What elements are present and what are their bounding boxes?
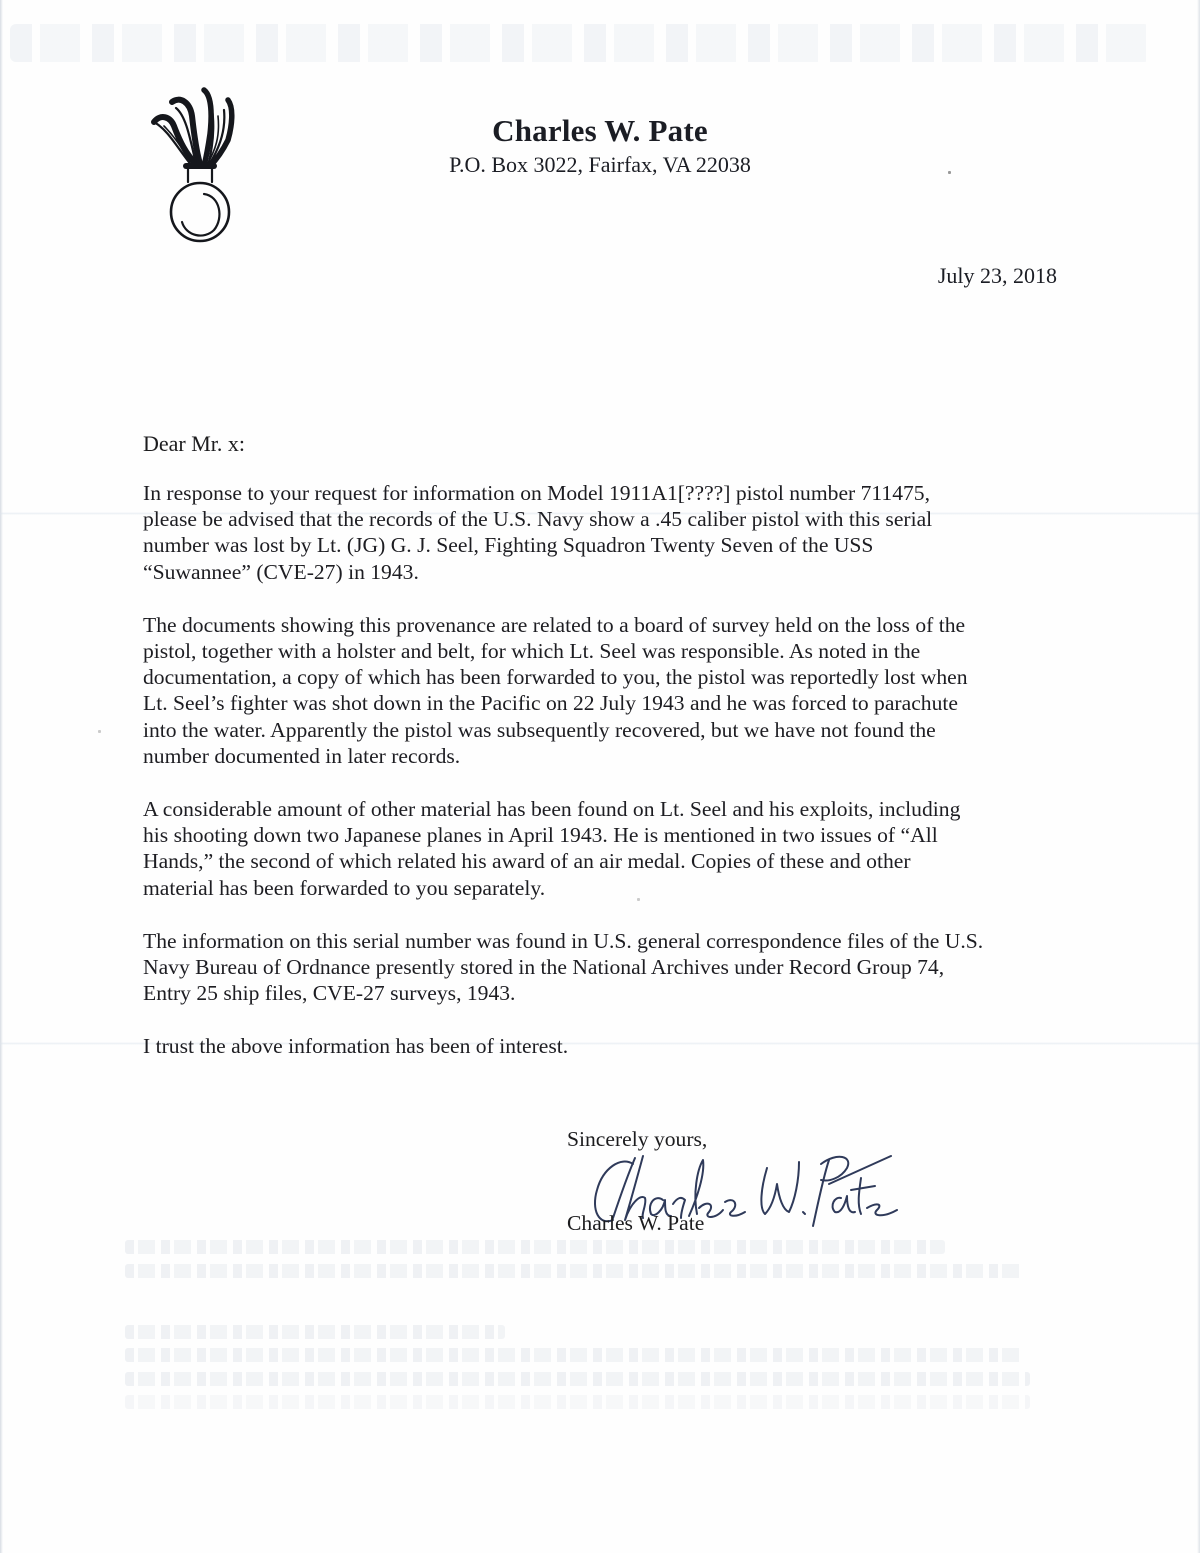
- letter-page: Charles W. Pate P.O. Box 3022, Fairfax, …: [0, 0, 1200, 1553]
- scan-speck: [98, 730, 101, 733]
- bleed-through-artifact: [125, 1372, 1030, 1386]
- printed-signer-name: Charles W. Pate: [567, 1210, 704, 1236]
- paragraph-additional-material: A considerable amount of other material …: [143, 796, 1063, 901]
- bleed-through-artifact: [125, 1264, 1025, 1278]
- letter-date: July 23, 2018: [938, 262, 1057, 290]
- salutation: Dear Mr. x:: [143, 430, 245, 458]
- bleed-through-artifact: [125, 1240, 945, 1254]
- letter-body: In response to your request for informat…: [143, 480, 1063, 1087]
- scan-speck: [948, 171, 951, 174]
- flaming-bomb-ordnance-icon: [146, 86, 252, 244]
- bleed-through-artifact: [10, 24, 1150, 62]
- paragraph-board-of-survey: The documents showing this provenance ar…: [143, 612, 1063, 769]
- letterhead: Charles W. Pate P.O. Box 3022, Fairfax, …: [400, 112, 800, 179]
- sender-name: Charles W. Pate: [400, 112, 800, 150]
- sender-address: P.O. Box 3022, Fairfax, VA 22038: [400, 151, 800, 179]
- paragraph-provenance-summary: In response to your request for informat…: [143, 480, 1063, 585]
- bleed-through-artifact: [125, 1348, 1025, 1362]
- scan-edge-left: [0, 0, 3, 1553]
- bleed-through-artifact: [125, 1395, 1030, 1409]
- paragraph-record-source: The information on this serial number wa…: [143, 928, 1063, 1007]
- bleed-through-artifact: [125, 1325, 505, 1339]
- paragraph-closing-remark: I trust the above information has been o…: [143, 1033, 1063, 1059]
